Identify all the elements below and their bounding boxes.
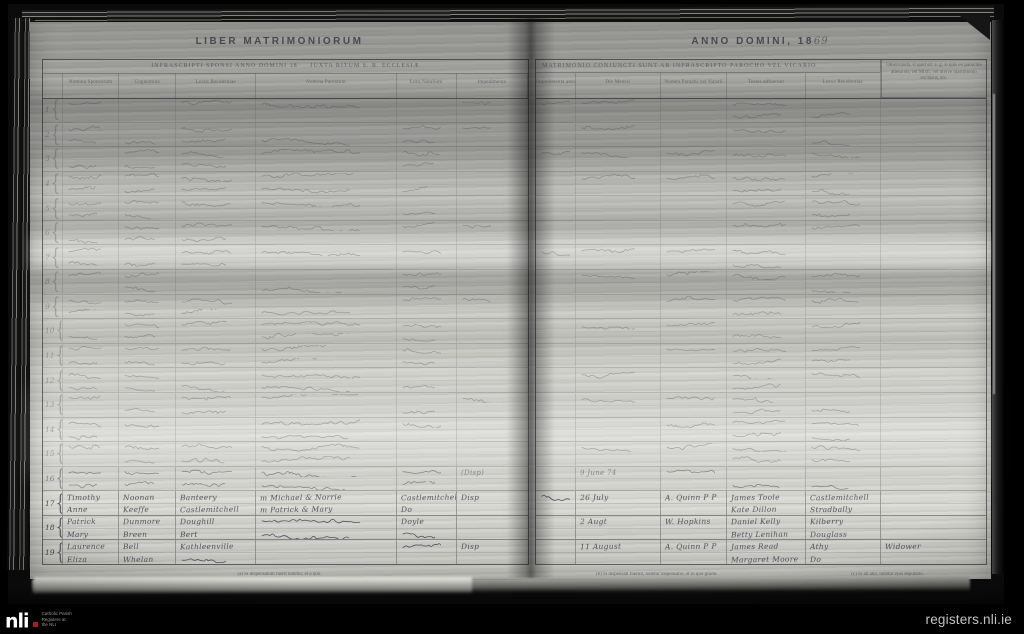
cell [576, 368, 662, 392]
illegible-handwriting [123, 383, 155, 392]
row-number: 5 [45, 204, 50, 213]
entry-line [256, 221, 395, 234]
cell [806, 442, 881, 466]
entry-brace: { [56, 320, 63, 343]
entry-brace: { [56, 467, 63, 490]
entry-line [176, 245, 255, 258]
cell [256, 540, 396, 564]
cell [661, 319, 727, 343]
entry-line [256, 295, 395, 308]
cell: 16{ [43, 467, 63, 491]
handwritten-entry: Bell [123, 542, 139, 551]
entry-line [63, 406, 118, 417]
cell [881, 196, 986, 220]
cell [397, 368, 457, 392]
entry-line [256, 393, 395, 406]
entry-line [397, 160, 456, 171]
entry-line [119, 185, 175, 196]
illegible-handwriting [731, 309, 781, 318]
entry-line [806, 135, 880, 146]
entry-line [397, 467, 456, 480]
entry-line [63, 98, 118, 111]
illegible-handwriting [180, 407, 226, 416]
cell [397, 467, 457, 491]
register-row-right [536, 147, 986, 172]
handwritten-entry: m Michael & Norrie [260, 492, 342, 502]
entry-line: Dunmore [119, 516, 175, 529]
cell [256, 295, 396, 319]
entry-line [256, 344, 395, 357]
handwritten-entry: Kilberry [810, 517, 844, 526]
entry-line [727, 406, 805, 417]
register-row-left: 9{ [43, 295, 528, 320]
illegible-handwriting [180, 456, 226, 465]
entry-line [881, 270, 986, 283]
entry-line [176, 123, 255, 136]
row-number: 18 [45, 523, 55, 532]
cell [881, 295, 986, 319]
illegible-handwriting [67, 247, 101, 256]
entry-line [63, 295, 118, 308]
illegible-handwriting [665, 345, 715, 354]
logo-red-square [33, 622, 38, 627]
handwritten-entry: Widower [885, 542, 921, 551]
entry-brace: { [51, 246, 61, 269]
illegible-handwriting [461, 394, 491, 403]
handwritten-entry: Whelan [123, 554, 154, 563]
illegible-handwriting [123, 370, 159, 379]
illegible-handwriting [810, 137, 850, 146]
register-row-left: 11{ [43, 344, 528, 369]
row-number: 15 [45, 449, 55, 458]
cell: 10{ [43, 319, 63, 343]
entry-line [256, 406, 395, 417]
cell [727, 319, 806, 343]
handwritten-entry: Timothy [67, 492, 100, 501]
entry-line [806, 467, 880, 480]
illegible-handwriting [580, 124, 635, 133]
entry-line [63, 245, 118, 258]
entry-line [63, 368, 118, 381]
register-row-right: 2 AugtW. HopkinsDaniel KellyBetty Leniha… [536, 516, 986, 541]
illegible-handwriting [401, 161, 435, 170]
cell [806, 196, 881, 220]
entry-line: Noonan [119, 491, 175, 504]
handwritten-entry: Banteery [180, 492, 217, 502]
entry-line [661, 147, 726, 160]
cell: 9 June 74 [576, 467, 662, 491]
cell [256, 245, 396, 269]
entry-line: Castlemitchell [176, 504, 255, 515]
entry-line [397, 529, 456, 540]
handwritten-entry: Stradbally [810, 505, 852, 515]
illegible-handwriting [731, 345, 786, 354]
cell [176, 295, 256, 319]
cell [256, 467, 396, 491]
entry-line [881, 147, 986, 160]
entry-brace: { [51, 271, 61, 294]
illegible-handwriting [731, 419, 786, 428]
illegible-handwriting [260, 468, 360, 477]
illegible-handwriting [260, 198, 360, 207]
left-register-table: INFRASCRIPTI SPONSI ANNO DOMINI 18 JUXTA… [42, 59, 529, 565]
illegible-handwriting [67, 370, 101, 379]
handwritten-entry: Breen [123, 530, 147, 539]
handwritten-year: 69 [814, 36, 829, 47]
cell: PatrickMary [63, 516, 119, 540]
illegible-handwriting [731, 247, 786, 256]
illegible-handwriting [180, 443, 232, 452]
illegible-handwriting [180, 222, 232, 231]
entry-line [806, 455, 880, 466]
illegible-handwriting [580, 173, 635, 182]
entry-line: 9 June 74 [576, 467, 661, 480]
illegible-handwriting [810, 112, 850, 121]
entry-line [119, 430, 175, 441]
illegible-handwriting [123, 345, 159, 354]
cell: TimothyAnne [63, 491, 119, 515]
entry-line [576, 147, 661, 160]
row-number: 4 [45, 179, 50, 188]
cell [661, 393, 727, 417]
illegible-handwriting [123, 161, 155, 170]
cell [727, 467, 806, 491]
cell [63, 393, 119, 417]
cell [256, 147, 396, 171]
entry-line [397, 245, 456, 258]
cell [881, 418, 986, 442]
cell [256, 196, 396, 220]
entry-line [256, 270, 395, 283]
column-header: Nomina Sponsorum [63, 73, 119, 98]
entry-line [176, 98, 255, 111]
entry-line [727, 111, 805, 122]
entry-line [397, 381, 456, 392]
cell: A. Quinn P P [661, 540, 727, 564]
illegible-handwriting [810, 358, 850, 367]
entry-line [176, 160, 255, 171]
entry-line [881, 442, 986, 455]
entry-line [727, 234, 805, 245]
illegible-handwriting [810, 321, 860, 330]
illegible-handwriting [461, 124, 491, 133]
cell [806, 295, 881, 319]
cell [63, 196, 119, 220]
entry-line [176, 418, 255, 431]
cell [881, 270, 986, 294]
illegible-handwriting [123, 149, 159, 158]
cell [119, 467, 176, 491]
entry-line [806, 332, 880, 343]
entry-line [727, 430, 805, 441]
entry-line: Keeffe [119, 504, 175, 515]
entry-line [176, 185, 255, 196]
entry-line [806, 393, 880, 406]
book-gutter [507, 18, 555, 580]
entry-line [806, 270, 880, 283]
entry-brace: { [56, 541, 63, 564]
entry-line [806, 430, 880, 441]
cell [256, 442, 396, 466]
cell [397, 418, 457, 442]
entry-line [576, 172, 661, 185]
entry-line [576, 245, 661, 258]
cell [63, 319, 119, 343]
entry-line [661, 123, 726, 136]
entry-line [806, 98, 880, 111]
entry-line [727, 185, 805, 196]
nli-logo: nli Catholic Parish Registers at the NLI [5, 611, 72, 629]
illegible-handwriting [260, 481, 350, 490]
illegible-handwriting [260, 149, 360, 158]
cell [806, 319, 881, 343]
entry-line [176, 319, 255, 332]
entry-line [176, 430, 255, 441]
entry-brace: { [51, 123, 61, 146]
entry-line [881, 98, 986, 111]
illegible-handwriting [731, 443, 786, 452]
cell: 4{ [43, 172, 63, 196]
entry-line: Castlemitchell [397, 491, 456, 504]
cell [119, 270, 176, 294]
entry-line [727, 455, 805, 466]
entry-line [661, 295, 726, 308]
cell: 15{ [43, 442, 63, 466]
cell: DoughillBert [176, 516, 256, 540]
cell [176, 147, 256, 171]
entry-line [576, 344, 661, 357]
row-number: 2 [45, 130, 50, 139]
entry-line [661, 319, 726, 332]
cell [727, 172, 806, 196]
entry-line [176, 209, 255, 220]
cell [806, 123, 881, 147]
illegible-handwriting [180, 309, 226, 318]
entry-line [256, 368, 395, 381]
cell [881, 516, 986, 540]
illegible-handwriting [580, 247, 635, 256]
left-table-subtitle: INFRASCRIPTI SPONSI ANNO DOMINI 18 JUXTA… [43, 60, 528, 74]
cell [661, 245, 727, 269]
anno-domini-label: ANNO DOMINI, 18 [691, 36, 814, 47]
entry-line [806, 442, 880, 455]
illegible-handwriting [67, 198, 101, 207]
cell: m Michael & Norriem Patrick & Mary [256, 491, 396, 515]
entry-line [397, 98, 456, 111]
illegible-handwriting [260, 456, 350, 465]
left-page-title: LIBER MATRIMONIORUM [30, 36, 529, 47]
entry-line [63, 479, 118, 490]
entry-line: 26 July [576, 491, 661, 504]
entry-line [176, 381, 255, 392]
entry-line [397, 540, 456, 553]
cell [881, 123, 986, 147]
entry-line [63, 221, 118, 234]
entry-line [256, 418, 395, 431]
cell [397, 295, 457, 319]
illegible-handwriting [123, 173, 159, 182]
cell: 2{ [43, 123, 63, 147]
entry-line [256, 529, 395, 540]
cell [661, 368, 727, 392]
left-column-headers: Nomina SponsorumCognominaLocus Residenti… [43, 73, 528, 98]
illegible-handwriting [123, 210, 155, 219]
entry-line [397, 479, 456, 490]
entry-line [63, 393, 118, 406]
cell [176, 344, 256, 368]
entry-line [881, 491, 986, 504]
entry-line [397, 319, 456, 332]
register-row-left: 6{ [43, 221, 528, 246]
register-row-left: 4{ [43, 172, 528, 197]
illegible-handwriting [260, 517, 360, 526]
illegible-handwriting [731, 370, 786, 379]
cell [397, 245, 457, 269]
illegible-handwriting [180, 124, 232, 133]
entry-line [397, 406, 456, 417]
cell [881, 467, 986, 491]
row-number: 14 [45, 425, 55, 434]
illegible-handwriting [731, 456, 781, 465]
illegible-handwriting [123, 222, 159, 231]
entry-line [397, 553, 456, 564]
cell [397, 221, 457, 245]
illegible-handwriting [180, 247, 232, 256]
entry-line [661, 368, 726, 381]
entry-line [176, 196, 255, 209]
entry-line [806, 295, 880, 308]
entry-line: Whelan [119, 553, 175, 564]
entry-line [727, 393, 805, 406]
illegible-handwriting [123, 271, 159, 280]
illegible-handwriting [67, 124, 101, 133]
entry-line [119, 344, 175, 357]
cell [119, 344, 176, 368]
cell: 11 August [576, 540, 662, 564]
illegible-handwriting [731, 333, 781, 342]
register-row-right [536, 295, 986, 320]
illegible-handwriting [401, 419, 441, 428]
handwritten-entry: Douglass [810, 530, 847, 540]
column-header: Locus Residentiae [176, 73, 256, 98]
illegible-handwriting [123, 186, 155, 195]
row-number: 1 [45, 105, 50, 114]
entry-line [119, 258, 175, 269]
entry-line: Eliza [63, 553, 118, 564]
cell [397, 319, 457, 343]
register-row-left: 13{ [43, 393, 528, 418]
cell [176, 98, 256, 122]
cell: 26 July [576, 491, 662, 515]
cell [176, 319, 256, 343]
entry-line [256, 540, 395, 553]
cell [119, 295, 176, 319]
cell [576, 245, 662, 269]
illegible-handwriting [731, 149, 786, 158]
illegible-handwriting [461, 99, 491, 108]
entry-line [119, 245, 175, 258]
illegible-handwriting [731, 112, 781, 121]
cell [881, 98, 986, 122]
illegible-handwriting [123, 260, 155, 269]
entry-line [727, 160, 805, 171]
row-number: 19 [45, 548, 55, 557]
illegible-handwriting [260, 99, 360, 108]
entry-line [176, 442, 255, 455]
illegible-handwriting [260, 173, 360, 182]
entry-line [119, 467, 175, 480]
illegible-handwriting [810, 407, 850, 416]
entry-line [727, 442, 805, 455]
entry-line [256, 467, 395, 480]
cell [256, 344, 396, 368]
handwritten-entry: (Disp) [461, 468, 484, 476]
entry-line [176, 234, 255, 245]
illegible-handwriting [580, 149, 635, 158]
illegible-handwriting [401, 481, 435, 490]
cell: 19{ [43, 540, 63, 564]
cell [176, 368, 256, 392]
entry-line [727, 221, 805, 234]
cell [63, 442, 119, 466]
illegible-handwriting [810, 271, 860, 280]
entry-line [881, 368, 986, 381]
left-table-head: INFRASCRIPTI SPONSI ANNO DOMINI 18 JUXTA… [43, 60, 528, 99]
entry-line [727, 295, 805, 308]
cell [727, 123, 806, 147]
cell [727, 147, 806, 171]
illegible-handwriting [665, 247, 715, 256]
register-row-right [536, 344, 986, 369]
cell [63, 172, 119, 196]
column-header: Locus Residentiae [806, 73, 881, 98]
entry-brace: { [51, 99, 61, 122]
cell [119, 172, 176, 196]
entry-brace: { [56, 492, 63, 515]
left-page: LIBER MATRIMONIORUM INFRASCRIPTI SPONSI … [30, 22, 529, 579]
register-row-right: 9 June 74 [536, 467, 986, 492]
entry-line [576, 319, 661, 332]
entry-line: Do [806, 553, 880, 564]
handwritten-entry: Mary [67, 530, 88, 539]
entry-line [176, 295, 255, 308]
illegible-handwriting [810, 345, 860, 354]
illegible-handwriting [67, 271, 101, 280]
cell [727, 245, 806, 269]
entry-line [63, 418, 118, 431]
illegible-handwriting [180, 198, 232, 207]
register-row-left: 19{LaurenceElizaBellWhelanKathleenvilleD… [43, 540, 528, 564]
illegible-handwriting [665, 173, 715, 182]
entry-line [397, 221, 456, 234]
handwritten-entry: Castlemitchell [400, 492, 455, 502]
handwritten-entry: Do [400, 505, 411, 514]
illegible-handwriting [401, 284, 435, 293]
illegible-handwriting [123, 137, 155, 146]
entry-line [119, 319, 175, 332]
illegible-handwriting [401, 137, 435, 146]
entry-line [727, 135, 805, 146]
cell [63, 221, 119, 245]
illegible-handwriting [731, 198, 786, 207]
entry-line [176, 172, 255, 185]
illegible-handwriting [123, 468, 159, 477]
cell [397, 196, 457, 220]
cell [397, 172, 457, 196]
entry-line [256, 307, 395, 318]
cell: Daniel KellyBetty Lenihan [727, 516, 806, 540]
cell [63, 467, 119, 491]
